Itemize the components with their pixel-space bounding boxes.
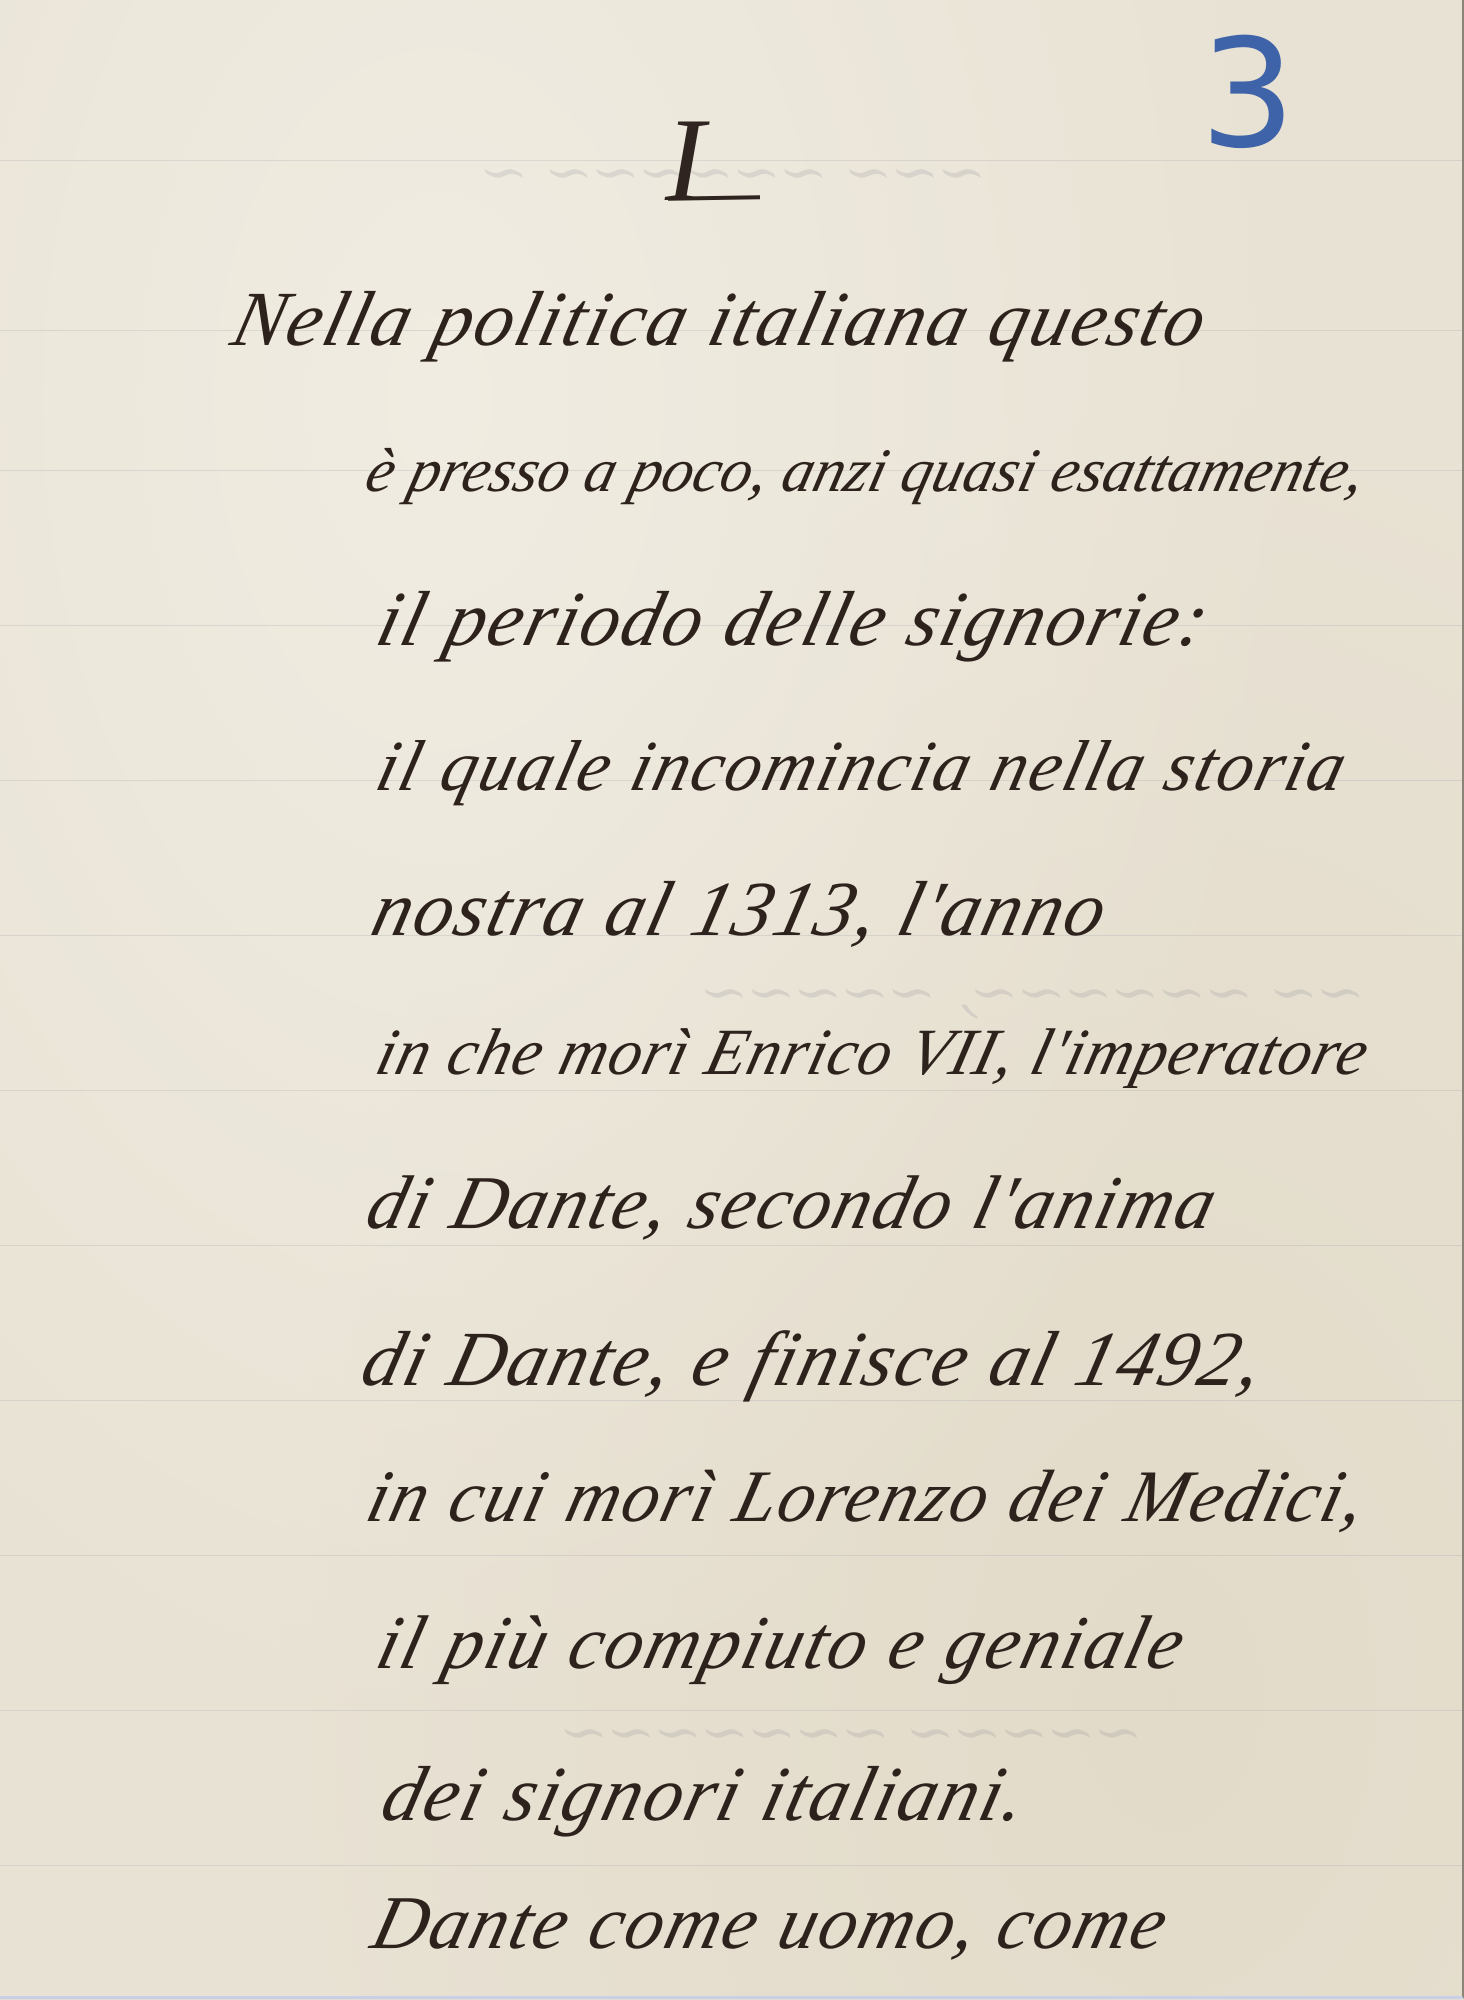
page-number: 3 (1200, 20, 1295, 170)
chapter-heading: I (665, 100, 705, 220)
ruled-line (0, 1865, 1462, 1866)
manuscript-page: ~~~ ~~~~~~ ~ ~~ ~~~~~~, ~~~~~ ~~~~~ ~~~~… (0, 0, 1464, 1999)
text-line: il più compiuto e geniale (370, 1605, 1195, 1681)
ruled-line (0, 1090, 1462, 1091)
text-line: di Dante, secondo l'anima (360, 1165, 1226, 1241)
text-line: il periodo delle signorie: (370, 580, 1219, 658)
text-line: Dante come uomo, come (365, 1885, 1177, 1961)
text-line: in cui morì Lorenzo dei Medici, (360, 1460, 1375, 1534)
text-line: Nella politica italiana questo (225, 280, 1217, 358)
text-line: nostra al 1313, l'anno (365, 870, 1117, 948)
text-line: è presso a poco, anzi quasi esattamente, (360, 440, 1372, 502)
text-line: in che morì Enrico VII, l'imperatore (370, 1020, 1376, 1086)
text-line: dei signori italiani. (375, 1755, 1037, 1833)
ruled-line (0, 1555, 1462, 1556)
ruled-line (0, 1245, 1462, 1246)
text-line: di Dante, e finisce al 1492, (355, 1320, 1273, 1398)
text-line: il quale incomincia nella storia (370, 730, 1356, 802)
